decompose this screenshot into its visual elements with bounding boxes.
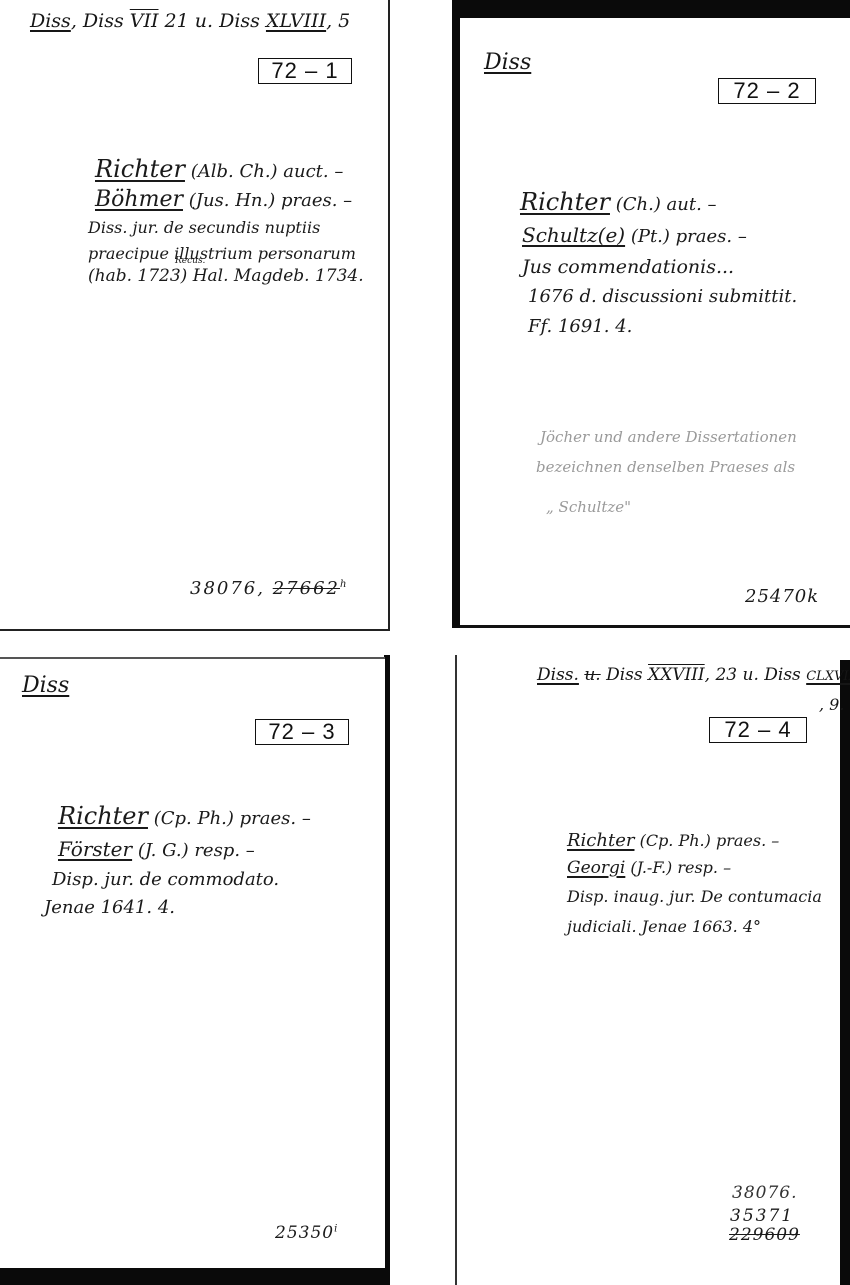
author-name: Richter <box>58 802 148 830</box>
cancelled-accession-number: 229609 <box>729 1225 800 1245</box>
card-header-references: Diss. u. Diss XXVIII, 23 u. Diss CLXVII <box>537 665 850 685</box>
accession-number: 25470k <box>745 586 819 607</box>
author-name: Richter <box>95 155 185 183</box>
accession-number: 35371 <box>730 1206 794 1226</box>
pencil-note: Jöcher und andere Dissertationen <box>540 428 797 446</box>
title-line: praecipue illustrium personarum <box>88 244 356 263</box>
shelfmark-box: 72 – 4 <box>709 717 807 743</box>
author-line: Richter (Cp. Ph.) praes. – <box>567 830 779 851</box>
praeses-name: Böhmer <box>95 187 183 212</box>
accession-number: 38076, 27662h <box>190 578 348 599</box>
author-name: Richter <box>567 830 634 851</box>
respondent-line: Förster (J. G.) resp. – <box>58 837 255 861</box>
imprint-line: 1676 d. discussioni submittit. <box>528 286 797 307</box>
catalog-card-72-3: Diss 72 – 3 Richter (Cp. Ph.) praes. – F… <box>0 657 385 1268</box>
author-line: Richter (Alb. Ch.) auct. – <box>95 155 343 183</box>
respondent-line: Georgi (J.-F.) resp. – <box>567 858 731 878</box>
scan-border-left-of-card2 <box>452 0 460 628</box>
catalog-card-72-4: Diss. u. Diss XXVIII, 23 u. Diss CLXVII … <box>455 655 840 1285</box>
card-header-classmark: Diss <box>22 673 69 698</box>
praeses-line: Böhmer (Jus. Hn.) praes. – <box>95 187 352 212</box>
title-line: Jus commendationis... <box>522 256 734 278</box>
imprint-line: judiciali. Jenae 1663. 4° <box>567 917 761 936</box>
card-header-continuation: , 9. <box>819 695 844 714</box>
card-header-references: Diss, Diss VII 21 u. Diss XLVIII, 5 <box>30 10 350 32</box>
annotation-recus: Recus. <box>175 256 205 266</box>
scan-border-top-right <box>455 0 850 18</box>
title-line: Diss. jur. de secundis nuptiis <box>88 218 320 237</box>
card-header-classmark: Diss <box>484 50 531 75</box>
author-line: Richter (Ch.) aut. – <box>520 188 717 216</box>
shelfmark-box: 72 – 1 <box>258 58 352 84</box>
scan-border-bottom-left <box>0 1268 388 1285</box>
respondent-name: Förster <box>58 837 132 861</box>
imprint-line: (hab. 1723) Hal. Magdeb. 1734. <box>88 266 364 286</box>
shelfmark-box: 72 – 3 <box>255 719 349 745</box>
author-name: Richter <box>520 188 610 216</box>
title-line: Disp. jur. de commodato. <box>52 869 279 890</box>
pencil-note: „ Schultze" <box>546 498 631 516</box>
praeses-line: Schultz(e) (Pt.) praes. – <box>522 223 747 247</box>
praeses-name: Schultz(e) <box>522 223 625 247</box>
imprint-line: Ff. 1691. 4. <box>528 316 632 337</box>
catalog-card-72-2: Diss 72 – 2 Richter (Ch.) aut. – Schultz… <box>460 18 850 628</box>
scan-border-right-of-card4 <box>840 660 850 1285</box>
shelfmark-box: 72 – 2 <box>718 78 816 104</box>
accession-number: 25350i <box>275 1223 338 1243</box>
catalog-card-72-1: Diss, Diss VII 21 u. Diss XLVIII, 5 72 –… <box>0 0 390 631</box>
accession-number: 38076. <box>732 1183 797 1203</box>
respondent-name: Georgi <box>567 858 625 878</box>
author-line: Richter (Cp. Ph.) praes. – <box>58 802 311 830</box>
imprint-line: Jenae 1641. 4. <box>44 897 175 918</box>
pencil-note: bezeichnen denselben Praeses als <box>536 458 795 476</box>
title-line: Disp. inaug. jur. De contumacia <box>567 887 822 906</box>
